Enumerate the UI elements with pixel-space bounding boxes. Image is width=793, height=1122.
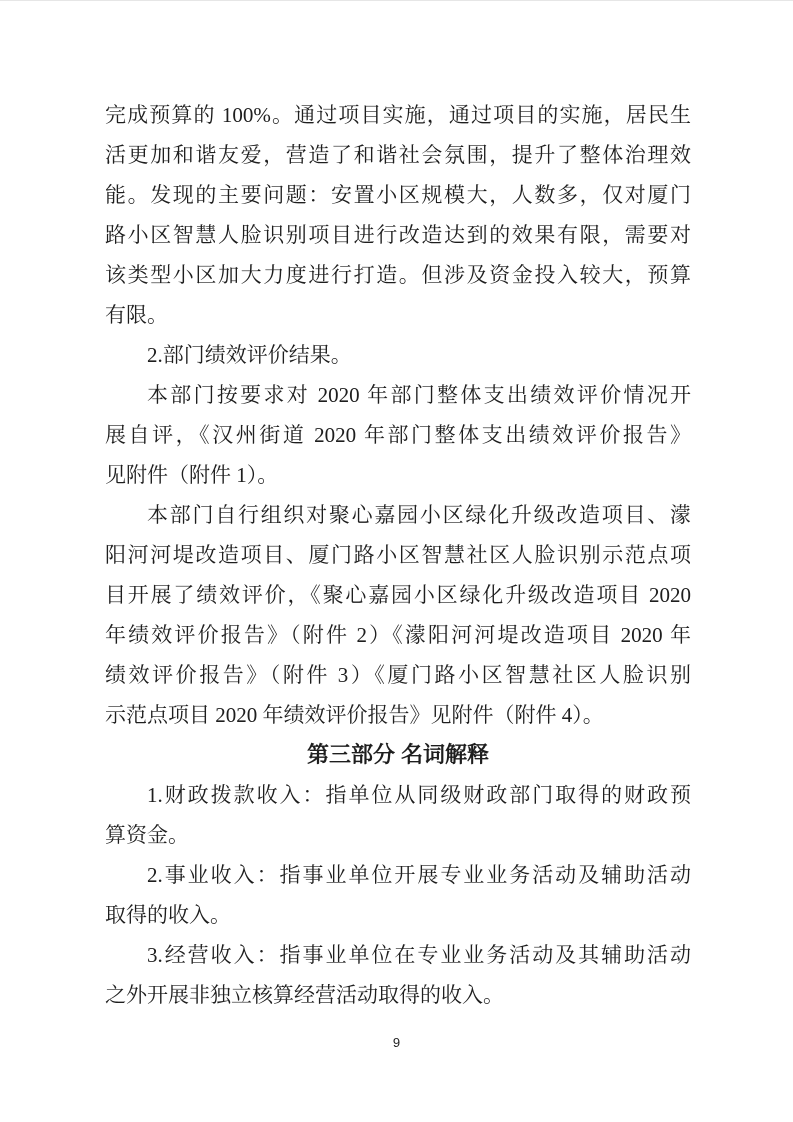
text-line: 3.经营收入：指事业单位在专业业务活动及其辅助活动 (105, 935, 691, 975)
document-content: 完成预算的 100%。通过项目实施，通过项目的实施，居民生活更加和谐友爱，营造了… (105, 95, 691, 1015)
text-line: 取得的收入。 (105, 895, 691, 935)
text-line: 本部门自行组织对聚心嘉园小区绿化升级改造项目、濛 (105, 495, 691, 535)
heading-text: 第三部分 名词解释 (105, 735, 691, 775)
text-line: 路小区智慧人脸识别项目进行改造达到的效果有限，需要对 (105, 215, 691, 255)
paragraph: 2.事业收入：指事业单位开展专业业务活动及辅助活动取得的收入。 (105, 855, 691, 935)
text-line: 能。发现的主要问题：安置小区规模大，人数多，仅对厦门 (105, 175, 691, 215)
paragraph: 3.经营收入：指事业单位在专业业务活动及其辅助活动之外开展非独立核算经营活动取得… (105, 935, 691, 1015)
text-line: 阳河河堤改造项目、厦门路小区智慧社区人脸识别示范点项 (105, 535, 691, 575)
section-heading: 第三部分 名词解释 (105, 735, 691, 775)
document-page: 完成预算的 100%。通过项目实施，通过项目的实施，居民生活更加和谐友爱，营造了… (0, 0, 793, 1122)
text-line: 示范点项目 2020 年绩效评价报告》见附件（附件 4）。 (105, 695, 691, 735)
text-line: 展自评，《汉州街道 2020 年部门整体支出绩效评价报告》 (105, 415, 691, 455)
paragraph: 完成预算的 100%。通过项目实施，通过项目的实施，居民生活更加和谐友爱，营造了… (105, 95, 691, 335)
text-line: 算资金。 (105, 815, 691, 855)
page-number: 9 (0, 1035, 793, 1050)
paragraph: 1.财政拨款收入：指单位从同级财政部门取得的财政预算资金。 (105, 775, 691, 855)
text-line: 活更加和谐友爱，营造了和谐社会氛围，提升了整体治理效 (105, 135, 691, 175)
text-line: 本部门按要求对 2020 年部门整体支出绩效评价情况开 (105, 375, 691, 415)
text-line: 年绩效评价报告》（附件 2）《濛阳河河堤改造项目 2020 年 (105, 615, 691, 655)
text-line: 2.部门绩效评价结果。 (105, 335, 691, 375)
paragraph: 2.部门绩效评价结果。 (105, 335, 691, 375)
text-line: 完成预算的 100%。通过项目实施，通过项目的实施，居民生 (105, 95, 691, 135)
paragraph: 本部门按要求对 2020 年部门整体支出绩效评价情况开展自评，《汉州街道 202… (105, 375, 691, 495)
text-line: 绩效评价报告》（附件 3）《厦门路小区智慧社区人脸识别 (105, 655, 691, 695)
text-line: 该类型小区加大力度进行打造。但涉及资金投入较大，预算 (105, 255, 691, 295)
text-line: 见附件（附件 1）。 (105, 455, 691, 495)
text-line: 有限。 (105, 295, 691, 335)
text-line: 2.事业收入：指事业单位开展专业业务活动及辅助活动 (105, 855, 691, 895)
text-line: 目开展了绩效评价，《聚心嘉园小区绿化升级改造项目 2020 (105, 575, 691, 615)
text-line: 1.财政拨款收入：指单位从同级财政部门取得的财政预 (105, 775, 691, 815)
text-line: 之外开展非独立核算经营活动取得的收入。 (105, 975, 691, 1015)
paragraph: 本部门自行组织对聚心嘉园小区绿化升级改造项目、濛阳河河堤改造项目、厦门路小区智慧… (105, 495, 691, 735)
